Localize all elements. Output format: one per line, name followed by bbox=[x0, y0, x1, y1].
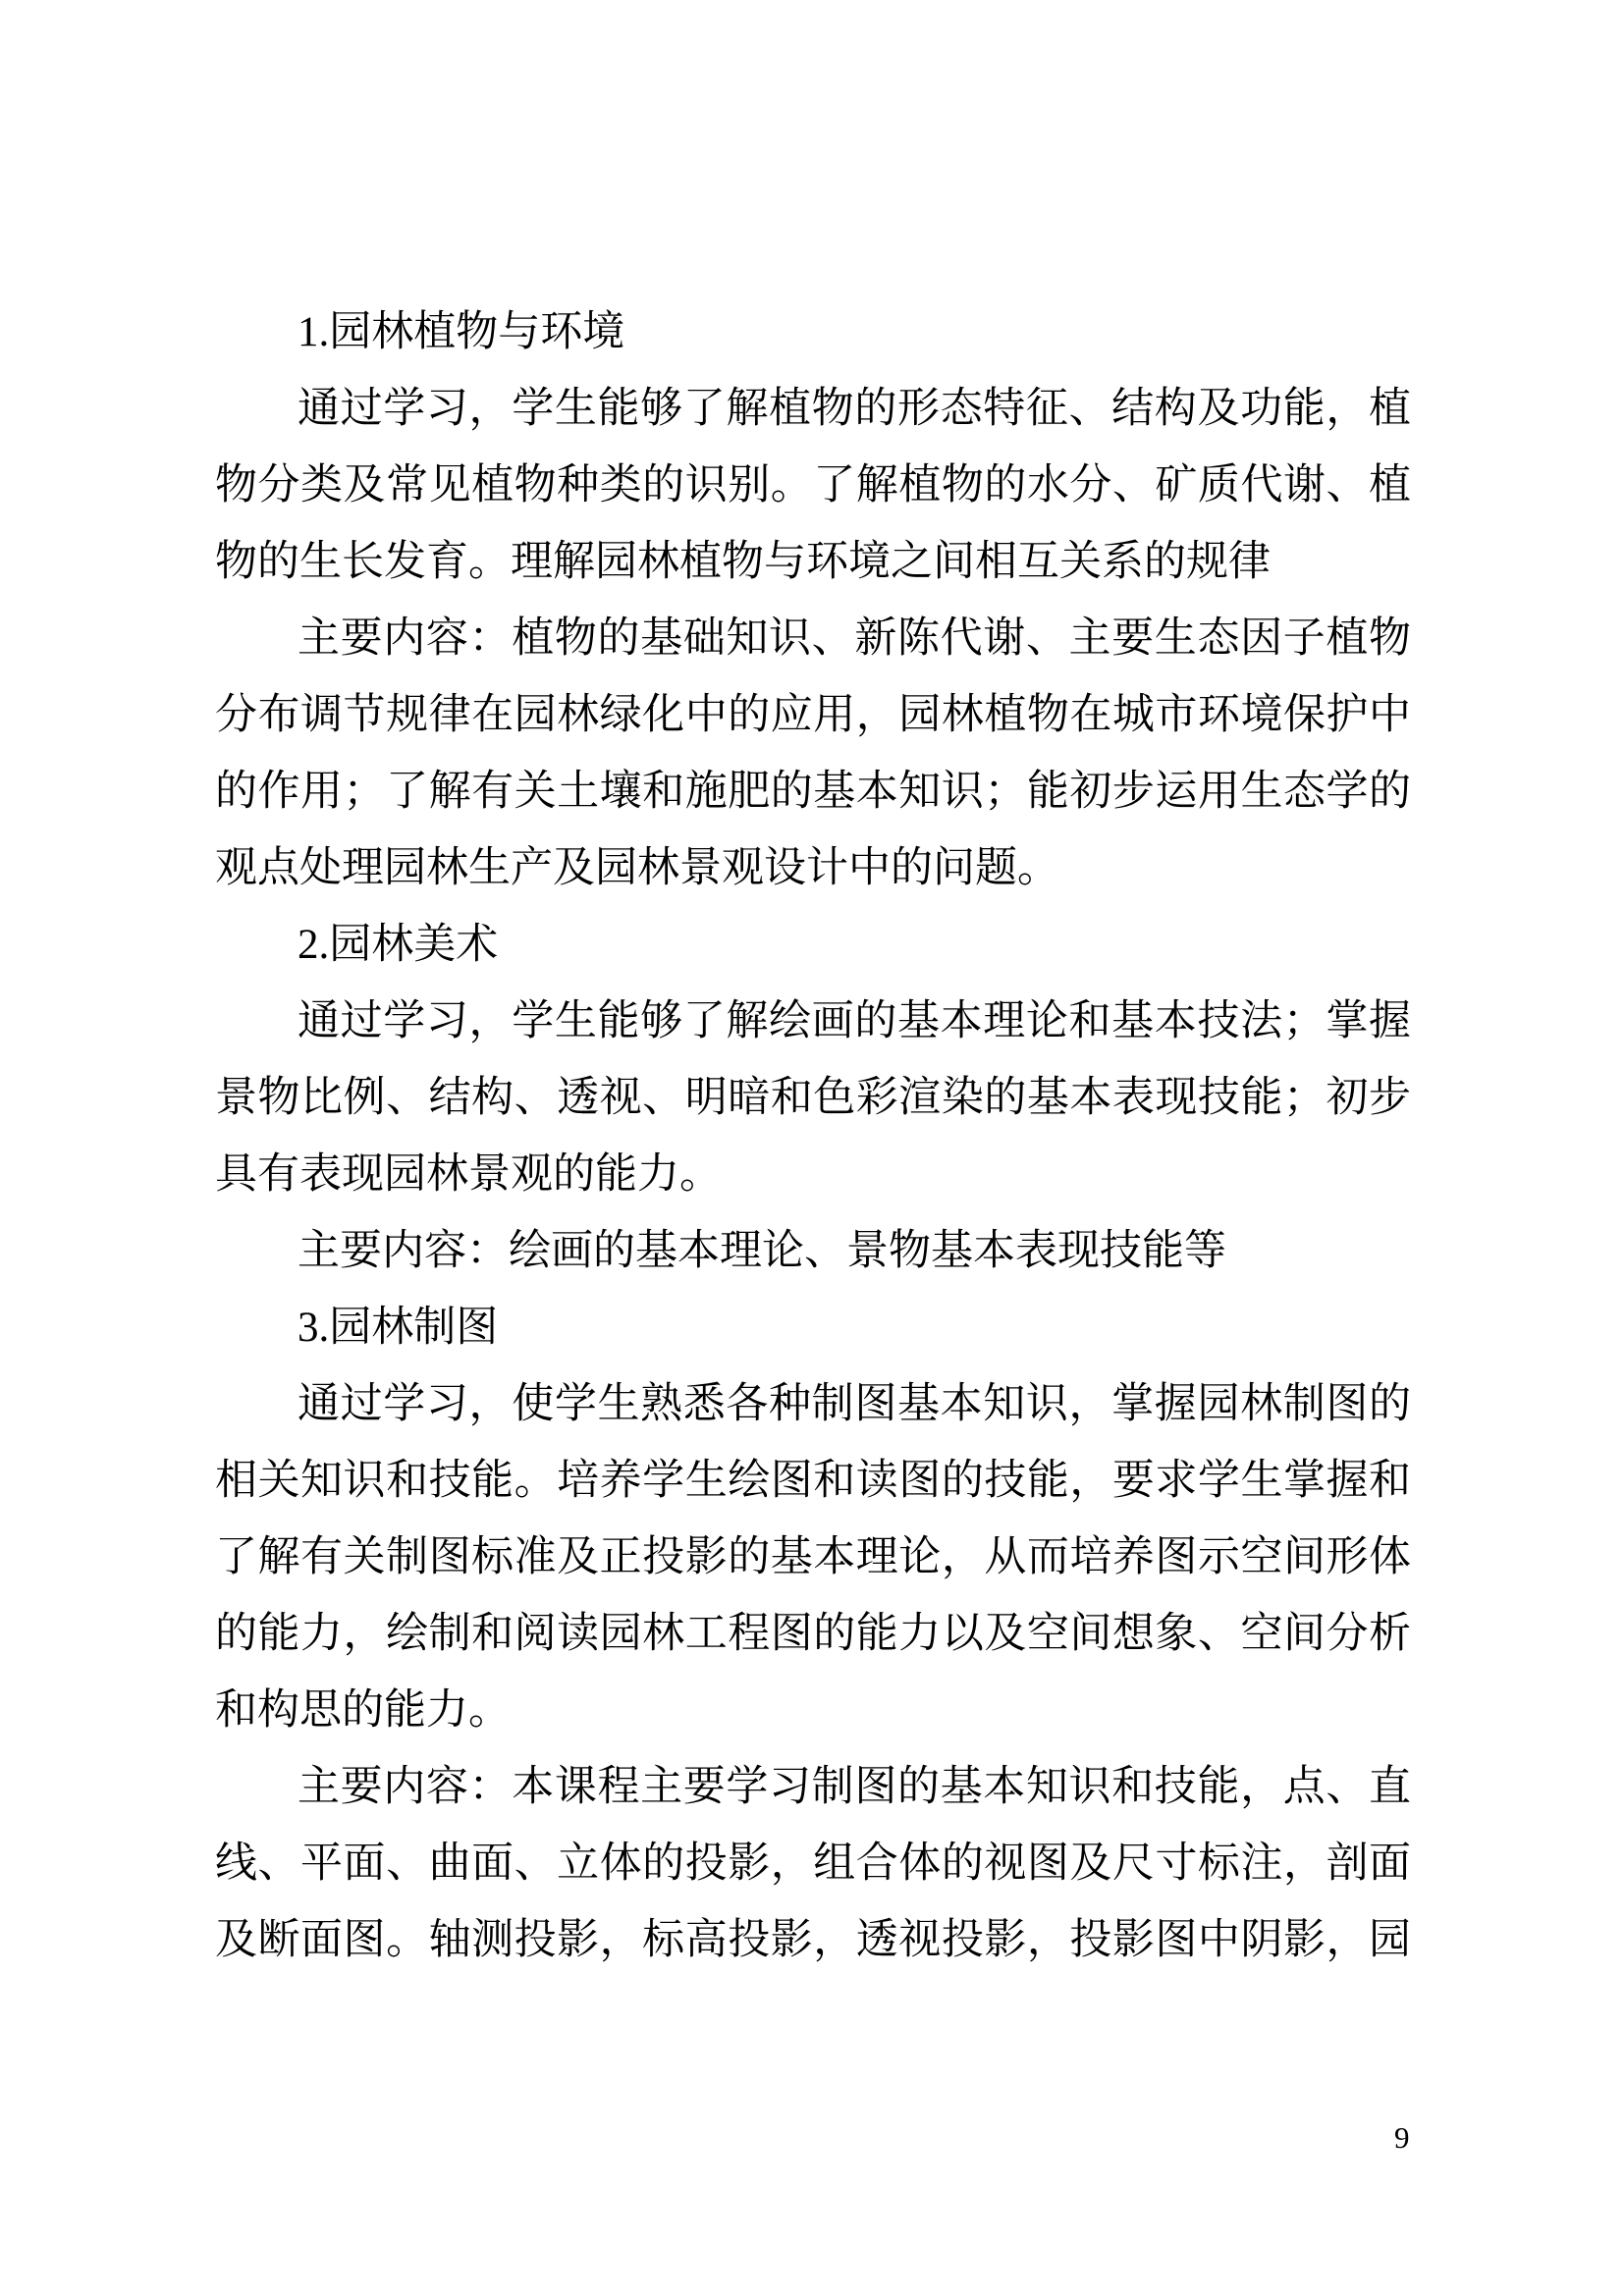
text-line: 的作用；了解有关土壤和施肥的基本知识；能初步运用生态学的 bbox=[215, 754, 1411, 830]
text-line: 主要内容：植物的基础知识、新陈代谢、主要生态因子植物 bbox=[215, 601, 1411, 677]
document-page: 1.园林植物与环境 通过学习，学生能够了解植物的形态特征、结构及功能，植 物分类… bbox=[0, 0, 1624, 2296]
text-line: 了解有关制图标准及正投影的基本理论，从而培养图示空间形体 bbox=[215, 1520, 1411, 1596]
heading-line: 1.园林植物与环境 bbox=[215, 294, 1411, 371]
text-line: 观点处理园林生产及园林景观设计中的问题。 bbox=[215, 830, 1411, 907]
text-line: 分布调节规律在园林绿化中的应用，园林植物在城市环境保护中 bbox=[215, 677, 1411, 754]
text-line: 和构思的能力。 bbox=[215, 1673, 1411, 1749]
text-line: 具有表现园林景观的能力。 bbox=[215, 1137, 1411, 1213]
text-line: 通过学习，学生能够了解绘画的基本理论和基本技法；掌握 bbox=[215, 984, 1411, 1060]
text-line: 的能力，绘制和阅读园林工程图的能力以及空间想象、空间分析 bbox=[215, 1596, 1411, 1673]
text-line: 物分类及常见植物种类的识别。了解植物的水分、矿质代谢、植 bbox=[215, 448, 1411, 524]
text-line: 景物比例、结构、透视、明暗和色彩渲染的基本表现技能；初步 bbox=[215, 1060, 1411, 1137]
page-number: 9 bbox=[1394, 2118, 1410, 2158]
text-line: 主要内容：绘画的基本理论、景物基本表现技能等 bbox=[215, 1213, 1411, 1290]
heading-line: 3.园林制图 bbox=[215, 1290, 1411, 1366]
text-line: 相关知识和技能。培养学生绘图和读图的技能，要求学生掌握和 bbox=[215, 1443, 1411, 1520]
text-line: 通过学习，使学生熟悉各种制图基本知识，掌握园林制图的 bbox=[215, 1366, 1411, 1443]
text-line: 及断面图。轴测投影，标高投影，透视投影，投影图中阴影，园 bbox=[215, 1902, 1411, 1979]
heading-line: 2.园林美术 bbox=[215, 907, 1411, 984]
text-line: 线、平面、曲面、立体的投影，组合体的视图及尺寸标注，剖面 bbox=[215, 1826, 1411, 1902]
text-line: 通过学习，学生能够了解植物的形态特征、结构及功能，植 bbox=[215, 371, 1411, 448]
text-line: 物的生长发育。理解园林植物与环境之间相互关系的规律 bbox=[215, 524, 1411, 601]
text-line: 主要内容：本课程主要学习制图的基本知识和技能，点、直 bbox=[215, 1749, 1411, 1826]
text-block: 1.园林植物与环境 通过学习，学生能够了解植物的形态特征、结构及功能，植 物分类… bbox=[215, 294, 1411, 1979]
